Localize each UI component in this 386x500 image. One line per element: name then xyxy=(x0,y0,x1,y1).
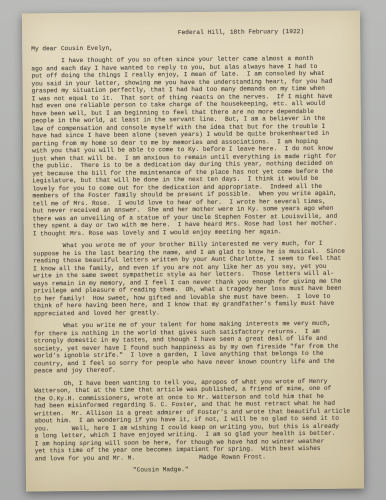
salutation: My dear Cousin Evelyn, xyxy=(31,42,356,52)
photo-background: Federal Hill, 18th February (1922) My de… xyxy=(0,0,386,500)
letter-paragraph-2: What you wrote me of your brother Billy … xyxy=(33,240,359,318)
letter-paragraph-1: I have thought of you so often since you… xyxy=(31,55,358,238)
letter-page: Federal Hill, 18th February (1922) My de… xyxy=(22,11,364,492)
signature-line-left: and love for you and Mr. M. xyxy=(35,454,135,462)
letter-paragraph-3: What you write me of your talent for hom… xyxy=(34,320,359,375)
signature: Madge Rowan Frost. xyxy=(199,453,266,461)
dateline: Federal Hill, 18th February (1922) xyxy=(31,28,356,38)
signature-line: and love for you and Mr. M. Madge Rowan … xyxy=(35,452,360,462)
signature-closing: "Cousin Madge." xyxy=(133,465,360,474)
letter-paragraph-4: Oh, I have been wanting to tell you, apr… xyxy=(34,377,360,455)
